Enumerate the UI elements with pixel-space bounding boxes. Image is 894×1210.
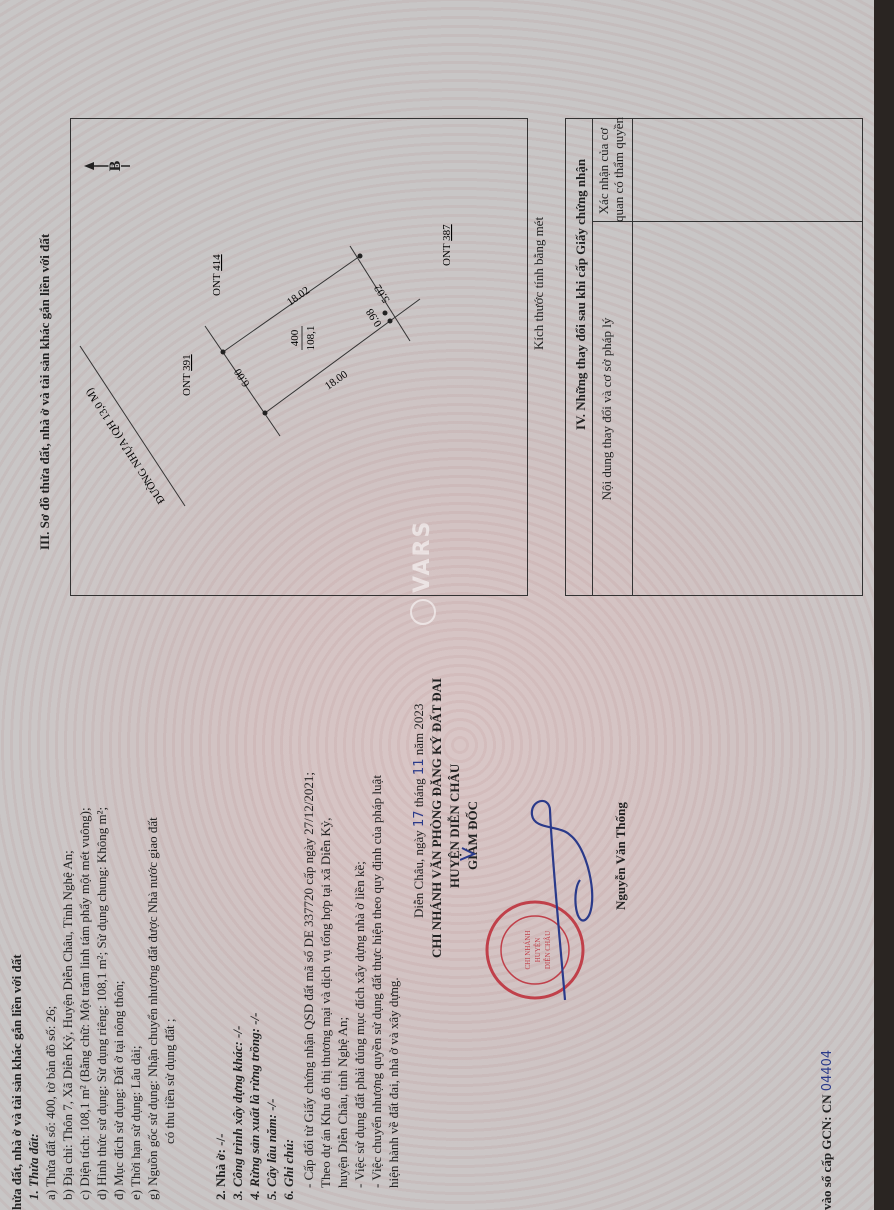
svg-text:DIỄN CHÂU: DIỄN CHÂU <box>544 931 552 969</box>
signer-name: Nguyễn Văn Thống <box>612 802 629 910</box>
svg-text:HUYỆN: HUYỆN <box>534 938 542 963</box>
usage-origin: g) Nguồn gốc sử dụng: Nhận chuyển nhượng… <box>144 817 161 1200</box>
scale-note: Kích thước tính bằng mét <box>530 217 547 350</box>
section2: 2. Nhà ở: -/- <box>212 1134 229 1200</box>
signing-day: 17 <box>412 810 427 827</box>
parcel-number: a) Thửa đất số: 400, tờ bản đồ số: 26; <box>42 1006 59 1200</box>
watermark-logo-icon <box>410 599 436 625</box>
svg-text:108,1: 108,1 <box>305 326 317 351</box>
section1-title: 1. Thửa đất: <box>25 1133 42 1200</box>
usage-form: d) Hình thức sử dụng: Sử dụng riêng: 108… <box>93 807 110 1200</box>
svg-text:ONT 387: ONT 387 <box>441 224 453 266</box>
note-1: - Cấp đổi từ Giấy chứng nhận QSD đất mã … <box>300 772 317 1188</box>
usage-term: e) Thời hạn sử dụng: Lâu dài; <box>127 1046 144 1200</box>
table-header-confirmation: Xác nhận của cơ quan có thẩm quyền <box>596 120 626 222</box>
table-header-content: Nội dung thay đổi và cơ sở pháp lý <box>598 222 615 596</box>
usage-purpose: đ) Mục đích sử dụng: Đất ở tại nông thôn… <box>110 981 127 1200</box>
signature <box>532 801 592 1000</box>
register-entry: vào sổ cấp GCN: CN 04404 <box>818 1050 836 1210</box>
svg-text:ONT 391: ONT 391 <box>181 354 193 396</box>
area: c) Diện tích: 108,1 m² (Bằng chữ: Một tr… <box>76 807 93 1200</box>
section4-title: IV. Những thay đổi sau khi cấp Giấy chứn… <box>572 159 589 430</box>
usage-origin-cont: có thu tiền sử dụng đất ; <box>161 1019 178 1144</box>
parcel-diagram: ĐƯỜNG NHỰA (QH 13,0 M) 6.00 18.00 18.02 … <box>70 120 526 596</box>
svg-text:ONT 414: ONT 414 <box>211 254 223 296</box>
certificate-page: hửa đất, nhà ở và tài sản khác gắn liền … <box>0 0 874 1210</box>
official-stamp: CHI NHÁNH HUYỆN DIỄN CHÂU <box>487 902 583 998</box>
svg-text:400: 400 <box>289 329 301 346</box>
svg-text:18.02: 18.02 <box>285 284 312 308</box>
svg-text:B: B <box>107 160 124 171</box>
road-label: ĐƯỜNG NHỰA (QH 13,0 M) <box>84 386 168 506</box>
signing-month: 11 <box>412 759 427 776</box>
north-arrow-icon: B <box>84 160 130 171</box>
svg-text:18.00: 18.00 <box>323 368 351 392</box>
note-2: Theo dự án Khu đô thị thương mại và dịch… <box>317 818 334 1188</box>
section6-title: 6. Ghi chú: <box>280 1139 297 1200</box>
section5: 5. Cây lâu năm: -/- <box>263 1099 280 1200</box>
note-5: - Việc chuyển nhượng quyền sử dụng đất t… <box>368 775 385 1188</box>
note-4: - Việc sử dụng đất phải đúng mục đích xâ… <box>351 861 368 1188</box>
section3: 3. Công trình xây dựng khác: -/- <box>229 1026 246 1200</box>
svg-text:0.98: 0.98 <box>364 306 385 329</box>
photo-edge <box>874 0 894 1210</box>
page-header: hửa đất, nhà ở và tài sản khác gắn liền … <box>8 954 25 1210</box>
address: b) Địa chỉ: Thôn 7, Xã Diễn Kỷ, Huyện Di… <box>59 850 76 1200</box>
register-number: 04404 <box>820 1050 835 1091</box>
note-6: hiện hành về đất đai, nhà ở và xây dựng. <box>385 977 402 1188</box>
section4: 4. Rừng sản xuất là rừng trồng: -/- <box>246 1012 263 1200</box>
note-3: huyện Diễn Châu, tỉnh Nghệ An; <box>334 1017 351 1188</box>
org-line1: CHI NHÁNH VĂN PHÒNG ĐĂNG KÝ ĐẤT ĐAI <box>428 678 445 958</box>
section3-title: III. Sơ đồ thửa đất, nhà ở và tài sản kh… <box>36 234 53 550</box>
signing-date: Diễn Châu, ngày 17 tháng 11 năm 2023 <box>410 704 428 918</box>
svg-text:CHI NHÁNH: CHI NHÁNH <box>524 930 532 969</box>
